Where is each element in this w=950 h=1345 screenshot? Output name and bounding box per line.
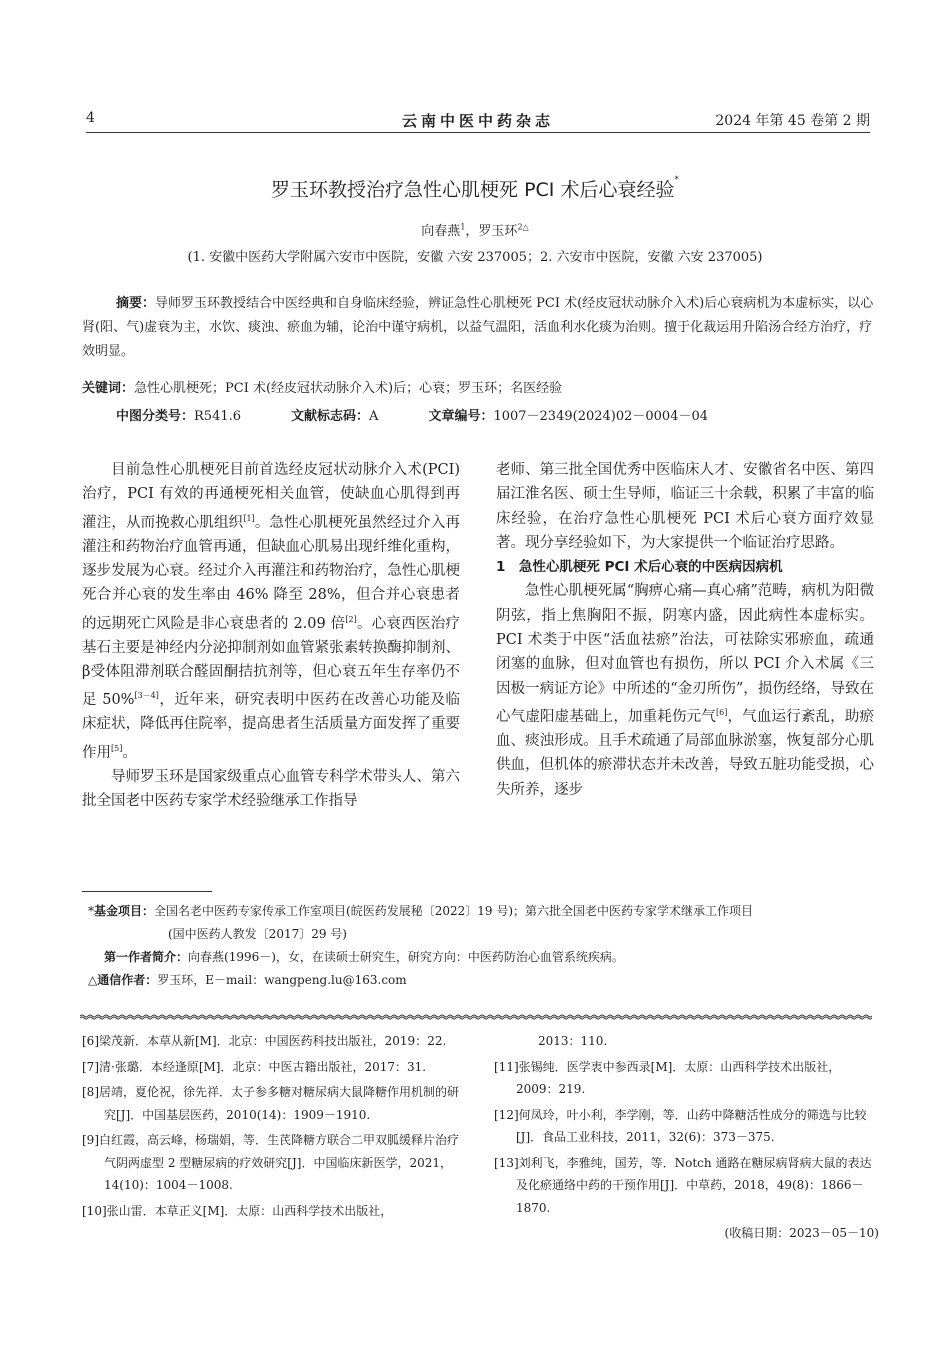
article-title-text: 罗玉环教授治疗急性心肌梗死 PCI 术后心衰经验	[271, 179, 674, 201]
reference-item: [12]何凤玲，叶小利，李学刚，等．山药中降糖活性成分的筛选与比较[J]．食品工…	[494, 1104, 879, 1149]
author-separator: ，	[465, 224, 478, 239]
abstract: 摘要：导师罗玉环教授结合中医经典和自身临床经验，辨证急性心肌梗死 PCI 术(经…	[82, 292, 874, 364]
references-left: [6]梁茂新．本草从新[M]．北京：中国医药科技出版社，2019：22. [7]…	[82, 1030, 467, 1225]
received-date: (收稿日期：2023－05－10)	[494, 1222, 879, 1245]
section-heading: 1 急性心肌梗死 PCI 术后心衰的中医病因病机	[496, 555, 874, 579]
reference-item: [8]居靖，夏伦祝，徐先祥．太子参多糖对糖尿病大鼠降糖作用机制的研究[J]．中国…	[82, 1081, 467, 1126]
citation: [6]	[716, 708, 727, 717]
wavy-divider	[80, 1014, 872, 1020]
citation: [2]	[345, 615, 356, 624]
reference-item: [9]白红霞，高云峰，杨瑞娟，等．生芪降糖方联合二甲双胍缓释片治疗气阴两虚型 2…	[82, 1129, 467, 1197]
corresponding-author-footnote: △通信作者：罗玉环，E－mail：wangpeng.lu@163.com	[88, 969, 878, 992]
citation: [3－4]	[134, 691, 158, 700]
author-name: 向春燕	[421, 224, 460, 239]
etiology-paragraph: 急性心肌梗死属“胸痹心痛—真心痛”范畴，病机为阳微阴弦，指上焦胸阳不振，阴寒内盛…	[496, 579, 874, 802]
body-column-left: 目前急性心肌梗死目前首选经皮冠状动脉介入术(PCI)治疗，PCI 有效的再通梗死…	[82, 458, 460, 813]
mentor-paragraph: 导师罗玉环是国家级重点心血管专科学术带头人、第六批全国老中医药专家学术经验继承工…	[82, 765, 460, 814]
first-author-footnote: 第一作者简介：向春燕(1996－)，女，在读硕士研究生，研究方向：中医药防治心血…	[88, 946, 878, 969]
issue-info: 2024 年第 45 卷第 2 期	[715, 110, 870, 130]
article-id: 文章编号：1007－2349(2024)02－0004－04	[428, 405, 708, 424]
references-right: 2013：110. [11]张锡纯．医学衷中参西录[M]．太原：山西科学技术出版…	[494, 1030, 879, 1257]
article-title: 罗玉环教授治疗急性心肌梗死 PCI 术后心衰经验*	[0, 175, 950, 202]
fund-footnote-continued: (国中医药人教发〔2017〕29 号)	[88, 923, 878, 946]
reference-item: [7]清·张璐．本经逢原[M]．北京：中医古籍出版社，2017：31.	[82, 1056, 467, 1079]
keywords: 关键词：急性心肌梗死；PCI 术(经皮冠状动脉介入术)后；心衰；罗玉环；名医经验	[82, 377, 874, 396]
mentor-paragraph-continued: 老师、第三批全国优秀中医临床人才、安徽省名中医、第四届江淮名医、硕士生导师，临证…	[496, 458, 874, 555]
reference-item: [6]梁茂新．本草从新[M]．北京：中国医药科技出版社，2019：22.	[82, 1030, 467, 1053]
keywords-text: 急性心肌梗死；PCI 术(经皮冠状动脉介入术)后；心衰；罗玉环；名医经验	[134, 381, 562, 396]
abstract-label: 摘要：	[116, 296, 155, 311]
document-code: 文献标志码：A	[291, 405, 378, 424]
body-column-right: 老师、第三批全国优秀中医临床人才、安徽省名中医、第四届江淮名医、硕士生导师，临证…	[496, 458, 874, 802]
intro-paragraph: 目前急性心肌梗死目前首选经皮冠状动脉介入术(PCI)治疗，PCI 有效的再通梗死…	[82, 458, 460, 765]
fund-footnote: *基金项目：全国名老中医药专家传承工作室项目(皖医药发展秘〔2022〕19 号)…	[88, 900, 878, 923]
citation: [5]	[111, 744, 122, 753]
reference-item: [11]张锡纯．医学衷中参西录[M]．太原：山西科学技术出版社，2009：219…	[494, 1056, 879, 1101]
running-header: 4 云南中医中药杂志 2024 年第 45 卷第 2 期	[86, 110, 870, 133]
keywords-label: 关键词：	[82, 381, 134, 396]
author-affiliation-mark: 2△	[517, 223, 528, 232]
footnotes: *基金项目：全国名老中医药专家传承工作室项目(皖医药发展秘〔2022〕19 号)…	[88, 900, 878, 992]
clc-number: 中图分类号：R541.6	[116, 405, 241, 424]
reference-item-continued: 2013：110.	[494, 1030, 879, 1053]
author-name: 罗玉环	[478, 224, 517, 239]
classification-info: 中图分类号：R541.6 文献标志码：A 文章编号：1007－2349(2024…	[116, 405, 708, 424]
fund-footnote-mark: *	[674, 175, 679, 185]
affiliations: (1. 安徽中医药大学附属六安市中医院，安徽 六安 237005；2. 六安市中…	[0, 246, 950, 265]
author-list: 向春燕1，罗玉环2△	[0, 220, 950, 239]
abstract-text: 导师罗玉环教授结合中医经典和自身临床经验，辨证急性心肌梗死 PCI 术(经皮冠状…	[82, 296, 873, 359]
footnote-divider	[82, 891, 212, 892]
reference-item: [10]张山雷．本草正义[M]．太原：山西科学技术出版社，	[82, 1200, 467, 1223]
citation: [1]	[243, 514, 254, 523]
reference-item: [13]刘利飞，李雅纯，国芳，等．Notch 通路在糖尿病肾病大鼠的表达及化瘀通…	[494, 1152, 879, 1220]
